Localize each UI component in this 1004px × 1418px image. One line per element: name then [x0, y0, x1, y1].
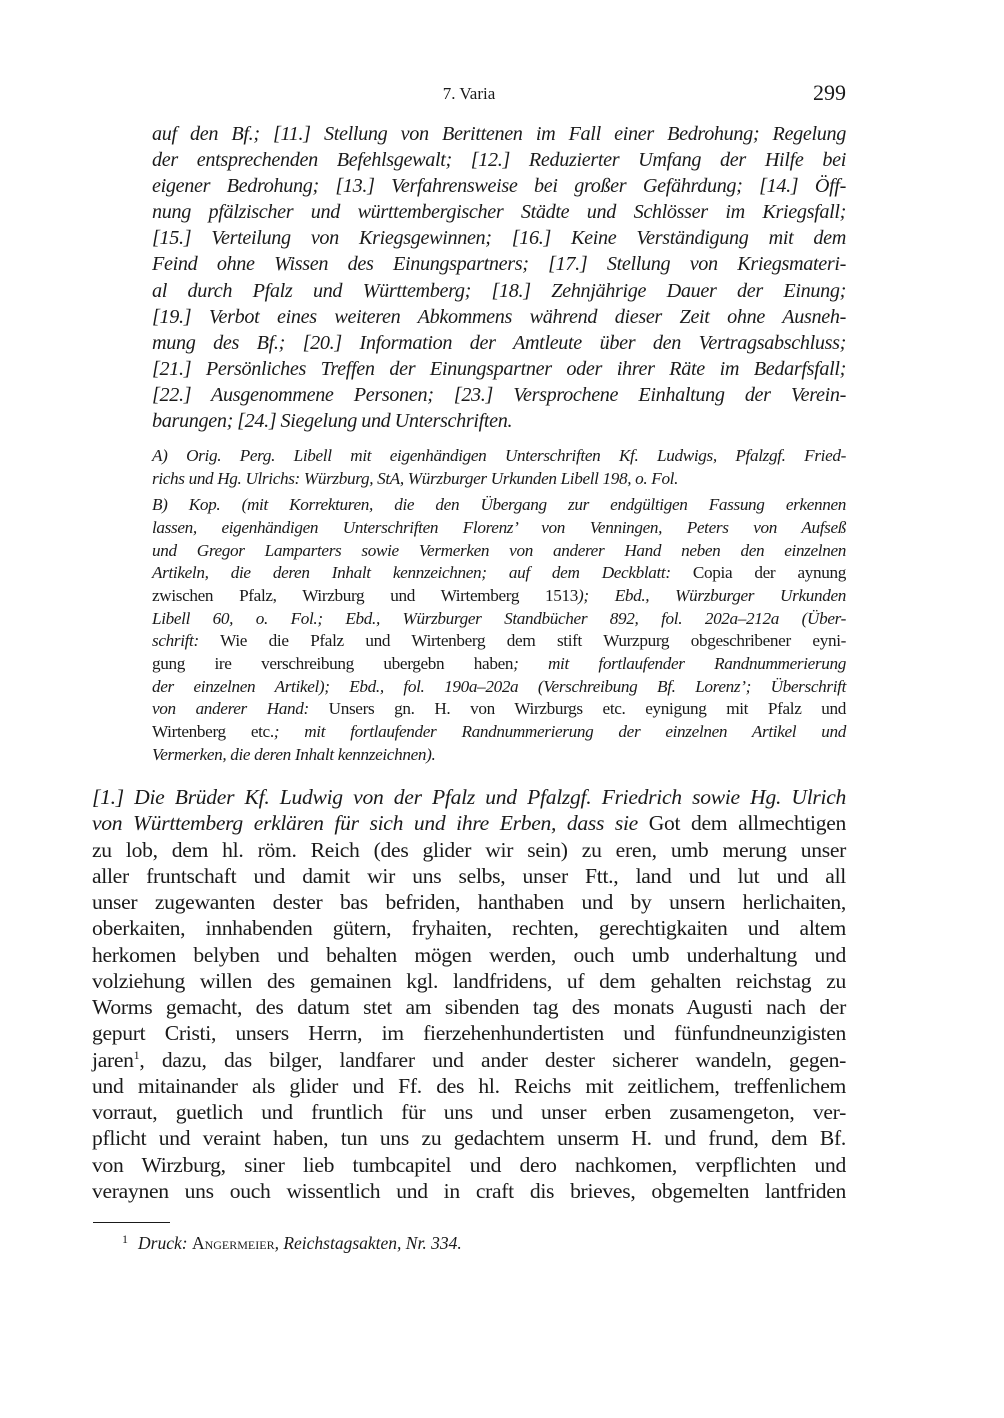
- text-line: veraynen uns ouch wissentlich und in cra…: [92, 1178, 846, 1204]
- editorial-summary: von Württemberg erklären für sich und ih…: [92, 811, 638, 835]
- text-line: und mitainander als glider und Ff. des h…: [92, 1073, 846, 1099]
- regest-line: auf den Bf.; [11.] Stellung von Beritten…: [152, 121, 846, 147]
- source-line: Artikeln, die deren Inhalt kennzeichnen;…: [152, 562, 846, 585]
- regest-line: Feind ohne Wissen des Einungspartners; […: [152, 251, 846, 277]
- source-line: lassen, eigenhändigen Unterschriften Flo…: [152, 517, 846, 540]
- source-annotation: Artikeln, die deren Inhalt kennzeichnen;…: [152, 563, 671, 582]
- regest-line: [21.] Persönliches Treffen der Einungspa…: [152, 356, 846, 382]
- running-title: 7. Varia: [92, 84, 846, 104]
- source-quote: Copia der aynung: [671, 563, 846, 582]
- footnote-label: Druck:: [138, 1233, 188, 1253]
- text-line: volziehung willen des gemainen kgl. land…: [92, 968, 846, 994]
- source-text: , dazu, das bilger, landfarer und ander …: [139, 1048, 846, 1072]
- running-head: 7. Varia 299: [92, 80, 846, 108]
- text-line: von Württemberg erklären für sich und ih…: [92, 810, 846, 836]
- regest-summary: auf den Bf.; [11.] Stellung von Beritten…: [152, 121, 846, 434]
- regest-line: [15.] Verteilung von Kriegsgewinnen; [16…: [152, 225, 846, 251]
- source-line: zwischen Pfalz, Wirzburg und Wirtemberg …: [152, 585, 846, 608]
- page-number: 299: [813, 80, 846, 106]
- footnote-number: 1: [122, 1232, 128, 1246]
- text-line: pflicht und veraint haben, tun uns zu ge…: [92, 1125, 846, 1151]
- edition-text: [1.] Die Brüder Kf. Ludwig von der Pfalz…: [92, 784, 846, 1204]
- source-line: richs und Hg. Ulrichs: Würzburg, StA, Wü…: [152, 468, 846, 491]
- source-quote: Unsers gn. H. von Wirzburgs etc. eynigun…: [309, 699, 846, 718]
- source-quote: zwischen Pfalz, Wirzburg und Wirtemberg …: [152, 586, 578, 605]
- source-annotation: schrift:: [152, 631, 199, 650]
- source-quote: gung ire verschreibung ubergebn haben: [152, 654, 513, 673]
- source-apparatus: A) Orig. Perg. Libell mit eigenhändigen …: [152, 445, 846, 766]
- source-a: A) Orig. Perg. Libell mit eigenhändigen …: [152, 445, 846, 490]
- source-line: der einzelnen Artikel); Ebd., fol. 190a–…: [152, 676, 846, 699]
- source-quote: Wirtenberg etc.: [152, 722, 274, 741]
- regest-line: mung des Bf.; [20.] Information der Amtl…: [152, 330, 846, 356]
- regest-line: eigener Bedrohung; [13.] Verfahrensweise…: [152, 173, 846, 199]
- text-line: Worms gemacht, des datum stet am sibende…: [92, 994, 846, 1020]
- text-line: unser zugewanten dester bas befriden, ha…: [92, 889, 846, 915]
- source-line: Wirtenberg etc.; mit fortlaufender Randn…: [152, 721, 846, 744]
- text-line: aller fruntschaft und damit wir uns selb…: [92, 863, 846, 889]
- footnote-divider: [93, 1222, 170, 1223]
- regest-line: [22.] Ausgenommene Personen; [23.] Versp…: [152, 382, 846, 408]
- source-line: schrift: Wie die Pfalz und Wirtenberg de…: [152, 630, 846, 653]
- source-line: Vermerken, die deren Inhalt kennzeichnen…: [152, 744, 846, 767]
- regest-line: der entsprechenden Befehlsgewalt; [12.] …: [152, 147, 846, 173]
- text-line: gepurt Cristi, unsers Herrn, im fierzehe…: [92, 1020, 846, 1046]
- footnote-1: 1Druck: Angermeier, Reichstagsakten, Nr.…: [122, 1228, 462, 1254]
- source-text: jaren: [92, 1048, 134, 1072]
- regest-line: barungen; [24.] Siegelung und Unterschri…: [152, 408, 846, 434]
- source-annotation: ; mit fortlaufender Randnummerierung der…: [274, 722, 846, 741]
- source-annotation: ; mit fortlaufender Randnummerierung: [513, 654, 846, 673]
- text-line: [1.] Die Brüder Kf. Ludwig von der Pfalz…: [92, 784, 846, 810]
- source-quote: Wie die Pfalz und Wirtenberg dem stift W…: [199, 631, 846, 650]
- footnote-citation: , Reichstagsakten, Nr. 334.: [275, 1233, 462, 1253]
- text-line: jaren1, dazu, das bilger, landfarer und …: [92, 1047, 846, 1073]
- footnote-author: Angermeier: [192, 1233, 275, 1253]
- source-line: von anderer Hand: Unsers gn. H. von Wirz…: [152, 698, 846, 721]
- source-annotation: ); Ebd., Würzburger Urkunden: [578, 586, 846, 605]
- source-line: Libell 60, o. Fol.; Ebd., Würzburger Sta…: [152, 608, 846, 631]
- source-annotation: von anderer Hand:: [152, 699, 309, 718]
- text-line: oberkaiten, innhabenden gütern, fryhaite…: [92, 915, 846, 941]
- source-line: und Gregor Lamparters sowie Vermerken vo…: [152, 540, 846, 563]
- text-line: vorraut, guetlich und fruntlich für uns …: [92, 1099, 846, 1125]
- text-line: zu lob, dem hl. röm. Reich (des glider w…: [92, 837, 846, 863]
- regest-line: [19.] Verbot eines weiteren Abkommens wä…: [152, 304, 846, 330]
- regest-line: nung pfälzischer und württembergischer S…: [152, 199, 846, 225]
- regest-line: al durch Pfalz und Württemberg; [18.] Ze…: [152, 278, 846, 304]
- source-line: A) Orig. Perg. Libell mit eigenhändigen …: [152, 445, 846, 468]
- source-b: B) Kop. (mit Korrekturen, die den Überga…: [152, 494, 846, 766]
- text-line: herkomen belyben und behalten mögen werd…: [92, 942, 846, 968]
- source-text: Got dem allmechtigen: [638, 811, 846, 835]
- source-line: B) Kop. (mit Korrekturen, die den Überga…: [152, 494, 846, 517]
- text-line: von Wirzburg, siner lieb tumbcapitel und…: [92, 1152, 846, 1178]
- source-line: gung ire verschreibung ubergebn haben; m…: [152, 653, 846, 676]
